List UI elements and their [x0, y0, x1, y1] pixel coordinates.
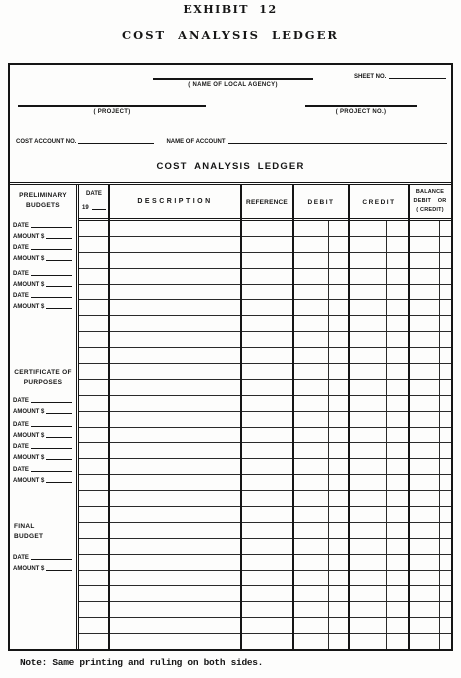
date-label: DATE — [13, 555, 29, 561]
cost-analysis-ledger-form: ( NAME OF LOCAL AGENCY) SHEET NO. ( PROJ… — [8, 63, 453, 651]
header-cell-balance: BALANCE DEBIT OR ( CREDIT) — [409, 188, 451, 215]
cents-divider-credit — [386, 221, 387, 649]
blank-fill-line — [46, 260, 72, 261]
name-of-account-blank-line — [228, 143, 447, 144]
balance-line-1: BALANCE — [409, 188, 451, 197]
exhibit-title: EXHIBIT 12 — [0, 3, 461, 16]
ledger-row — [79, 253, 451, 269]
blank-fill-line — [46, 482, 72, 483]
column-divider-credit-balance — [408, 185, 410, 649]
ledger-row — [79, 364, 451, 380]
sidebar-date-amount-entry: DATEAMOUNT $ — [13, 393, 72, 415]
amount-label: AMOUNT $ — [13, 566, 44, 572]
year-prefix: 19 — [82, 205, 89, 211]
ledger-row — [79, 459, 451, 475]
ledger-row — [79, 634, 451, 649]
ledger-row — [79, 237, 451, 253]
date-label: DATE — [13, 398, 29, 404]
blank-fill-line — [31, 471, 72, 472]
blank-fill-line — [31, 249, 72, 250]
project-caption: ( PROJECT) — [18, 107, 206, 115]
sheet-no-field: SHEET NO. — [354, 74, 446, 80]
ledger-row — [79, 602, 451, 618]
blank-fill-line — [31, 448, 72, 449]
cents-divider-balance — [439, 221, 440, 649]
sheet-no-label: SHEET NO. — [354, 74, 386, 80]
sidebar-date-amount-entry: DATEAMOUNT $ — [13, 439, 72, 461]
blank-fill-line — [46, 238, 72, 239]
date-label: DATE — [13, 245, 29, 251]
ledger-row — [79, 316, 451, 332]
name-of-account-label: NAME OF ACCOUNT — [166, 139, 225, 145]
ledger-grid: DATE 19 DESCRIPTION REFERENCE DEBIT CRED… — [79, 185, 451, 649]
date-label: DATE — [13, 444, 29, 450]
project-blank-line — [18, 97, 206, 107]
blank-fill-line — [46, 286, 72, 287]
blank-fill-line — [31, 426, 72, 427]
sidebar-date-amount-entry: DATEAMOUNT $ — [13, 266, 72, 288]
sidebar-section-title: CERTIFICATE OFPURPOSES — [10, 368, 76, 388]
amount-label: AMOUNT $ — [13, 455, 44, 461]
header-cell-date: DATE — [79, 191, 109, 197]
sidebar-date-amount-entry: DATEAMOUNT $ — [13, 550, 72, 572]
cost-account-no-label: COST ACCOUNT NO. — [16, 139, 76, 145]
ledger-grid-header: DATE 19 DESCRIPTION REFERENCE DEBIT CRED… — [79, 185, 451, 221]
ledger-section-title: COST ANALYSIS LEDGER — [10, 161, 451, 172]
date-label: DATE — [13, 422, 29, 428]
ledger-row — [79, 555, 451, 571]
sidebar-section-title: FINALBUDGET — [10, 522, 76, 542]
blank-fill-line — [31, 227, 72, 228]
header-cell-credit: CREDIT — [349, 199, 409, 206]
blank-fill-line — [31, 275, 72, 276]
cost-account-no-blank-line — [78, 143, 154, 144]
ledger-row — [79, 300, 451, 316]
amount-label: AMOUNT $ — [13, 409, 44, 415]
blank-fill-line — [46, 308, 72, 309]
ledger-row — [79, 285, 451, 301]
column-divider-description-reference — [240, 185, 242, 649]
blank-fill-line — [46, 459, 72, 460]
amount-label: AMOUNT $ — [13, 256, 44, 262]
date-label: DATE — [13, 467, 29, 473]
ledger-row — [79, 380, 451, 396]
sidebar-section-title: PRELIMINARYBUDGETS — [10, 191, 76, 211]
ledger-row — [79, 221, 451, 237]
ledger-row — [79, 396, 451, 412]
date-label: DATE — [13, 271, 29, 277]
blank-fill-line — [31, 402, 72, 403]
grid-body — [79, 221, 451, 649]
scanned-ledger-page: EXHIBIT 12 COST ANALYSIS LEDGER ( NAME O… — [0, 0, 461, 678]
ledger-row — [79, 428, 451, 444]
header-cell-year: 19 — [82, 205, 106, 211]
date-label: DATE — [13, 223, 29, 229]
column-divider-date-description — [108, 185, 110, 649]
project-field: ( PROJECT) — [18, 97, 206, 115]
local-agency-blank-line — [153, 70, 313, 80]
blank-fill-line — [31, 297, 72, 298]
balance-line-2: DEBIT OR — [409, 197, 451, 206]
year-blank-line — [92, 209, 106, 210]
ledger-row — [79, 332, 451, 348]
ledger-table: PRELIMINARYBUDGETSDATEAMOUNT $DATEAMOUNT… — [10, 182, 451, 649]
ledger-row — [79, 348, 451, 364]
sidebar-date-amount-entry: DATEAMOUNT $ — [13, 218, 72, 240]
blank-fill-line — [46, 437, 72, 438]
sheet-no-blank-line — [389, 78, 446, 79]
document-title: COST ANALYSIS LEDGER — [0, 28, 461, 42]
ledger-row — [79, 571, 451, 587]
cents-divider-debit — [328, 221, 329, 649]
blank-fill-line — [31, 559, 72, 560]
header-cell-reference: REFERENCE — [241, 199, 293, 206]
ledger-row — [79, 523, 451, 539]
local-agency-field: ( NAME OF LOCAL AGENCY) — [153, 70, 313, 88]
project-no-caption: ( PROJECT NO.) — [305, 107, 417, 115]
blank-fill-line — [46, 570, 72, 571]
local-agency-caption: ( NAME OF LOCAL AGENCY) — [153, 80, 313, 88]
sidebar-date-amount-entry: DATEAMOUNT $ — [13, 417, 72, 439]
ledger-row — [79, 618, 451, 634]
ledger-row — [79, 412, 451, 428]
ledger-row — [79, 269, 451, 285]
sidebar-date-amount-entry: DATEAMOUNT $ — [13, 288, 72, 310]
amount-label: AMOUNT $ — [13, 478, 44, 484]
account-row: COST ACCOUNT NO. NAME OF ACCOUNT — [16, 139, 447, 145]
amount-label: AMOUNT $ — [13, 304, 44, 310]
sidebar-column: PRELIMINARYBUDGETSDATEAMOUNT $DATEAMOUNT… — [10, 185, 79, 649]
date-label: DATE — [13, 293, 29, 299]
sidebar-date-amount-entry: DATEAMOUNT $ — [13, 462, 72, 484]
project-no-field: ( PROJECT NO.) — [305, 97, 417, 115]
ledger-row — [79, 507, 451, 523]
column-divider-debit-credit — [348, 185, 350, 649]
ledger-row — [79, 539, 451, 555]
sidebar-date-amount-entry: DATEAMOUNT $ — [13, 240, 72, 262]
project-no-blank-line — [305, 97, 417, 107]
ledger-row — [79, 586, 451, 602]
header-cell-description: DESCRIPTION — [109, 198, 241, 205]
ledger-row — [79, 491, 451, 507]
ledger-row — [79, 475, 451, 491]
ledger-row — [79, 443, 451, 459]
footer-note: Note: Same printing and ruling on both s… — [20, 657, 263, 668]
header-cell-debit: DEBIT — [293, 199, 349, 206]
column-divider-reference-debit — [292, 185, 294, 649]
balance-line-3: ( CREDIT) — [409, 206, 451, 215]
blank-fill-line — [46, 413, 72, 414]
